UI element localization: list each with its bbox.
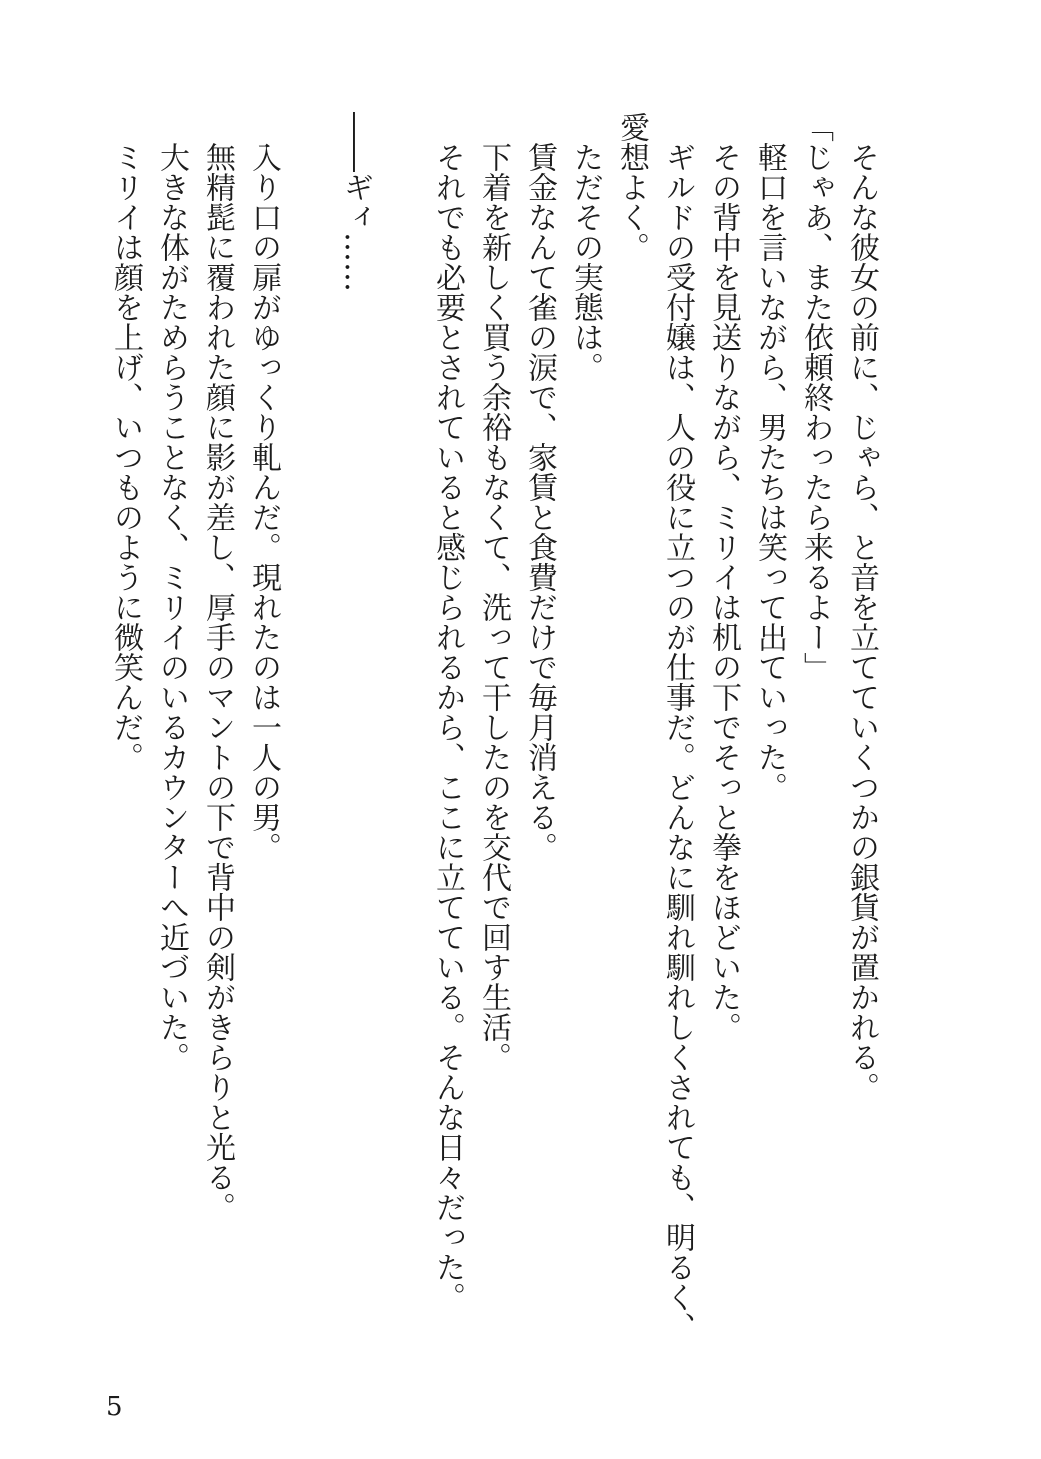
text-line: 愛想よく。 [608, 112, 654, 1352]
text-line: 入り口の扉がゆっくり軋んだ。現れたのは一人の男。 [240, 112, 286, 1352]
text-line: ギルドの受付嬢は、人の役に立つのが仕事だ。どんなに馴れ馴れしくされても、明るく、 [654, 112, 700, 1352]
text-line: ただその実態は。 [562, 112, 608, 1352]
text-line: その背中を見送りながら、ミリイは机の下でそっと拳をほどいた。 [700, 112, 746, 1352]
text-line: それでも必要とされていると感じられるから、ここに立てている。そんな日々だった。 [424, 112, 470, 1352]
text-line: 賃金なんて雀の涙で、家賃と食費だけで毎月消える。 [516, 112, 562, 1352]
document-page: そんな彼女の前に、じゃら、と音を立てていくつかの銀貨が置かれる。「じゃあ、また依… [0, 0, 1041, 1459]
text-line: 軽口を言いながら、男たちは笑って出ていった。 [746, 112, 792, 1352]
text-line: ミリイは顔を上げ、いつものように微笑んだ。 [102, 112, 148, 1352]
text-line: 大きな体がためらうことなく、ミリイのいるカウンターへ近づいた。 [148, 112, 194, 1352]
text-line: 下着を新しく買う余裕もなくて、洗って干したのを交代で回す生活。 [470, 112, 516, 1352]
text-line: 「じゃあ、また依頼終わったら来るよー」 [792, 112, 838, 1352]
text-columns: そんな彼女の前に、じゃら、と音を立てていくつかの銀貨が置かれる。「じゃあ、また依… [102, 112, 884, 1352]
text-line: 無精髭に覆われた顔に影が差し、厚手のマントの下で背中の剣がきらりと光る。 [194, 112, 240, 1352]
text-line: ――ギィ…… [332, 112, 378, 1352]
blank-line [378, 112, 424, 1352]
text-line: そんな彼女の前に、じゃら、と音を立てていくつかの銀貨が置かれる。 [838, 112, 884, 1352]
blank-line [286, 112, 332, 1352]
page-number: 5 [106, 1392, 123, 1422]
